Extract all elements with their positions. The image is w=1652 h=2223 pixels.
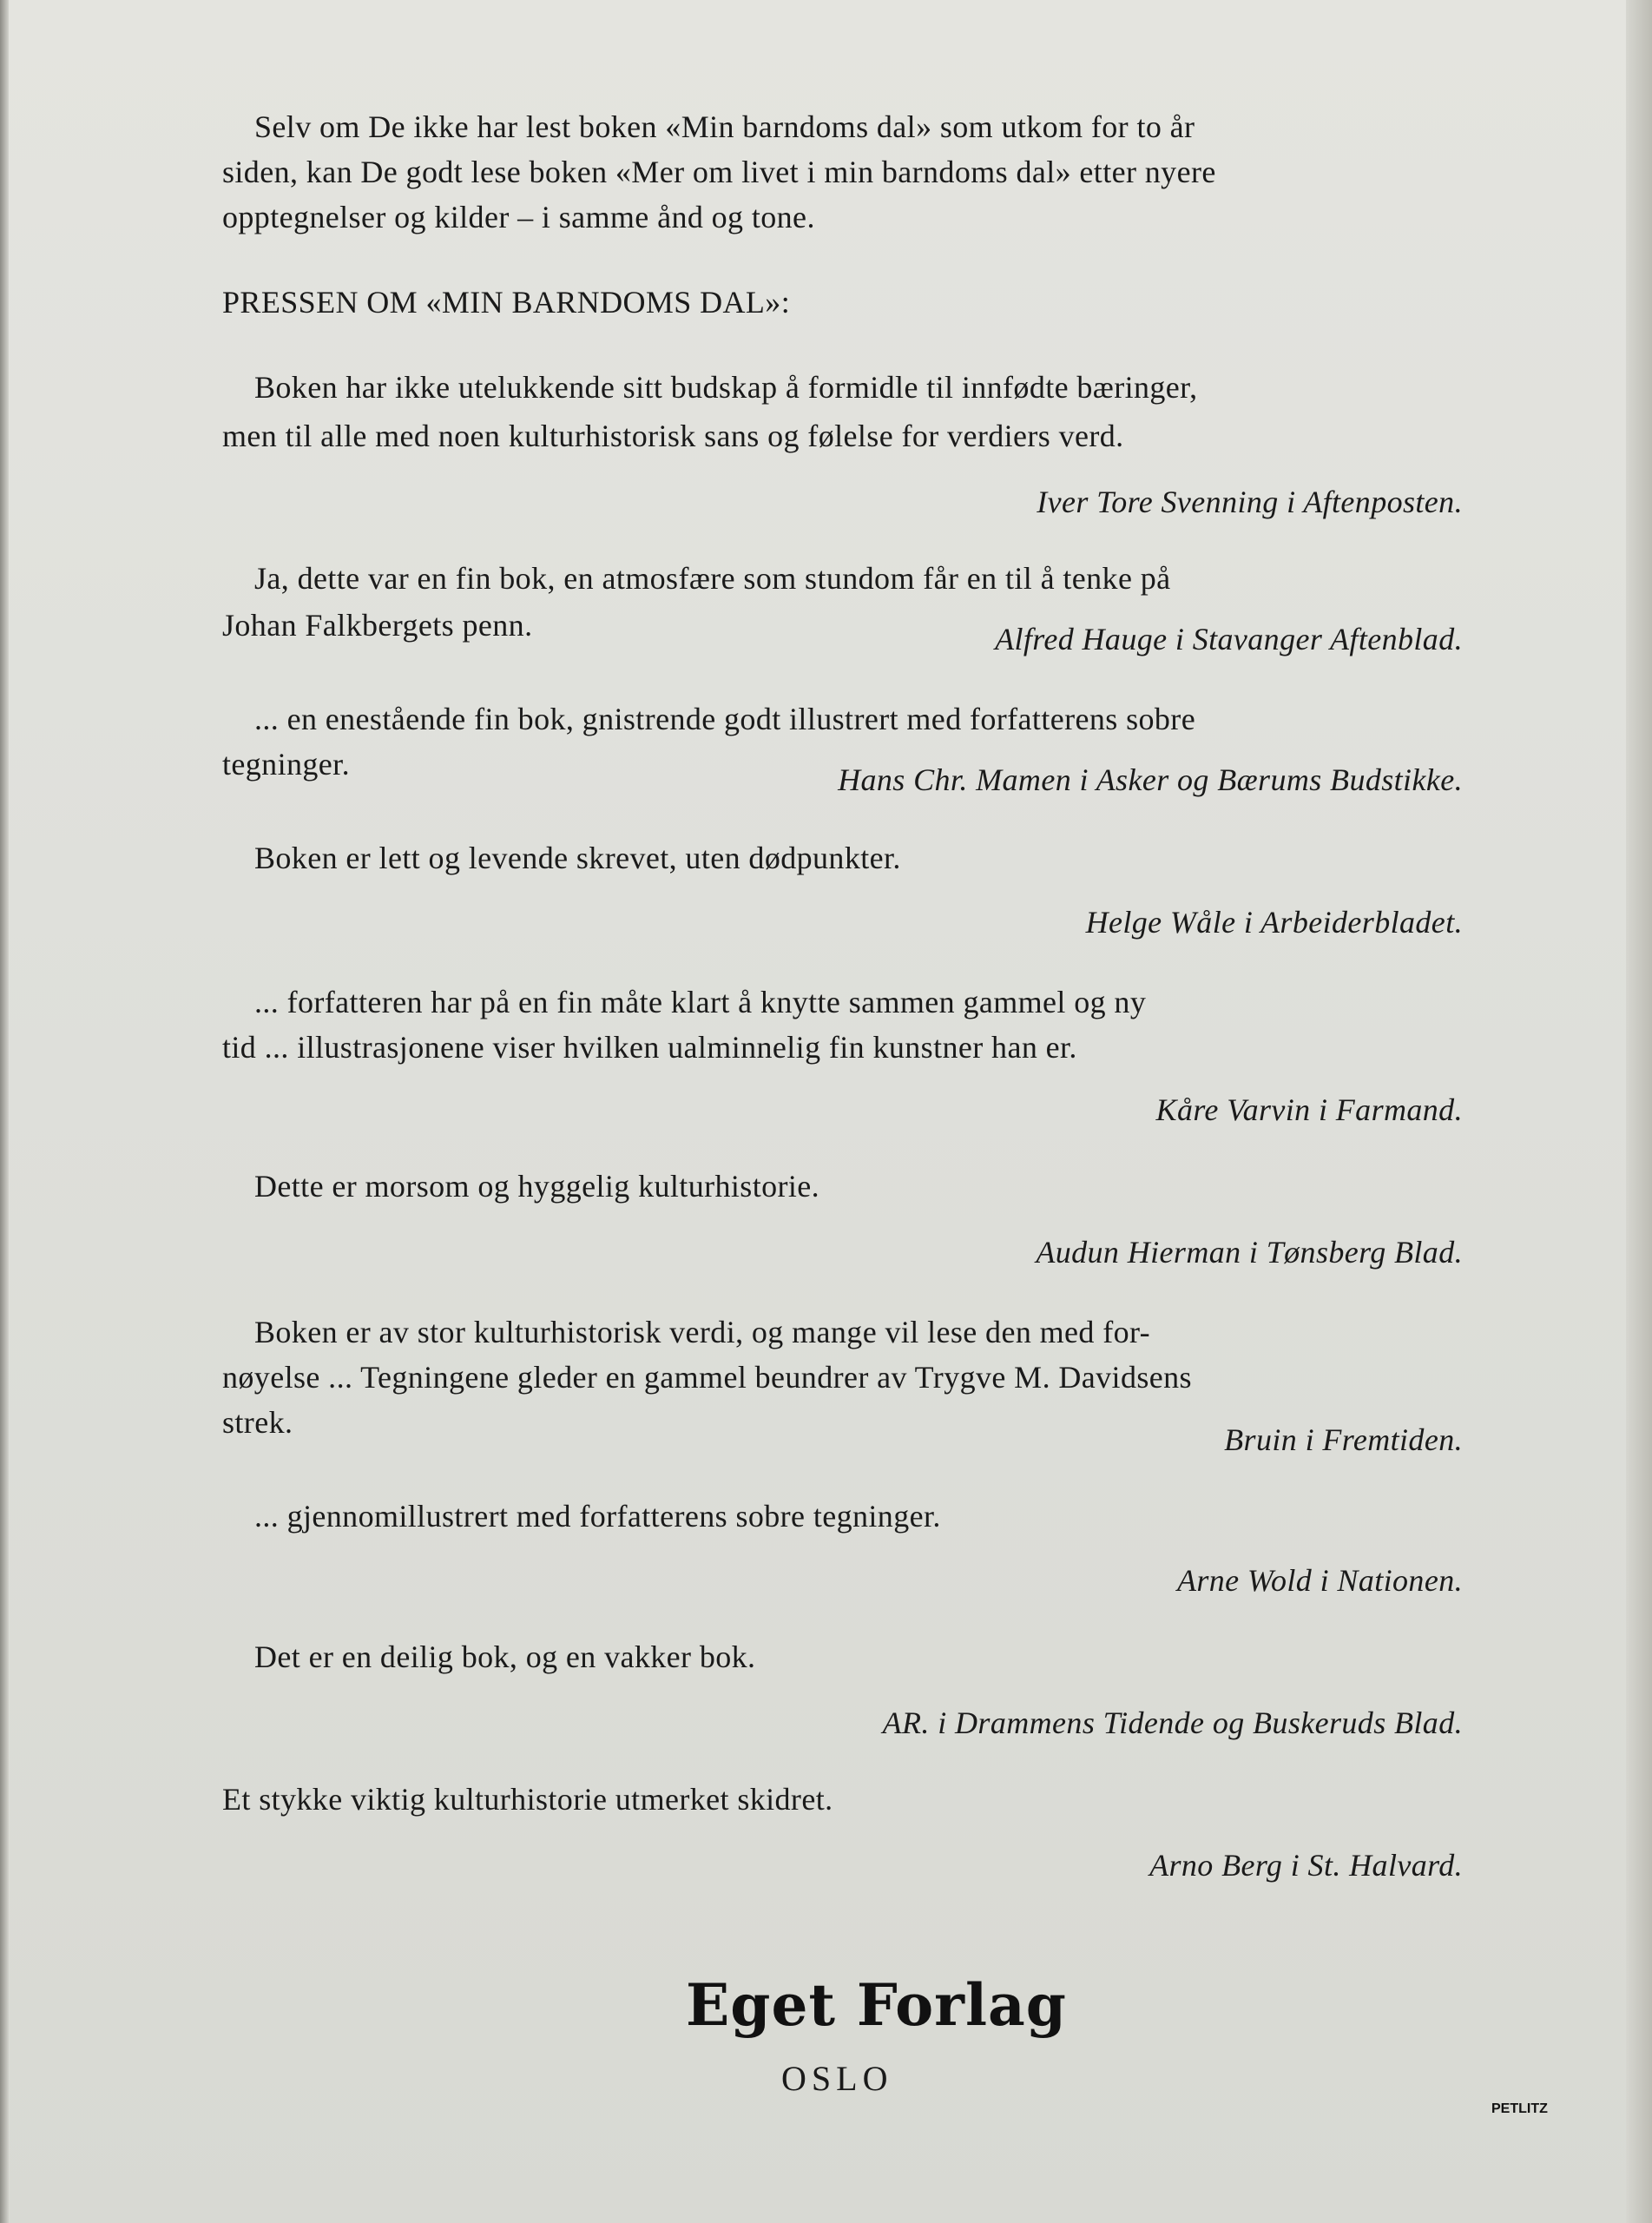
review-source: Kåre Varvin i Farmand. — [1156, 1087, 1463, 1132]
review-text: ... en enestående fin bok, gnistrende go… — [254, 696, 1195, 742]
review-text: Boken er lett og levende skrevet, uten d… — [254, 835, 901, 881]
review-text: Det er en deilig bok, og en vakker bok. — [254, 1634, 755, 1679]
cover-edge-right — [1626, 0, 1652, 2223]
review-text: strek. — [222, 1400, 293, 1445]
review-source: Alfred Hauge i Stavanger Aftenblad. — [995, 617, 1463, 662]
review-source: Iver Tore Svenning i Aftenposten. — [1037, 479, 1463, 524]
review-text: Boken er av stor kulturhistorisk verdi, … — [254, 1309, 1150, 1355]
intro-line: opptegnelser og kilder – i samme ånd og … — [222, 195, 815, 240]
review-text: tid ... illustrasjonene viser hvilken ua… — [222, 1025, 1077, 1070]
intro-line: siden, kan De godt lese boken «Mer om li… — [222, 149, 1216, 195]
review-text: Et stykke viktig kulturhistorie utmerket… — [222, 1777, 833, 1822]
review-text: ... gjennomillustrert med forfatterens s… — [254, 1494, 941, 1539]
review-source: Hans Chr. Mamen i Asker og Bærums Budsti… — [838, 757, 1463, 802]
review-text: Ja, dette var en fin bok, en atmosfære s… — [254, 556, 1171, 601]
review-source: Arno Berg i St. Halvard. — [1149, 1843, 1463, 1888]
review-source: Bruin i Fremtiden. — [1224, 1417, 1463, 1462]
review-text: Dette er morsom og hyggelig kulturhistor… — [254, 1164, 819, 1209]
intro-line: Selv om De ikke har lest boken «Min barn… — [254, 104, 1195, 149]
review-source: Helge Wåle i Arbeiderbladet. — [1086, 900, 1463, 945]
review-text: Johan Falkbergets penn. — [222, 603, 532, 648]
review-text: men til alle med noen kulturhistorisk sa… — [222, 413, 1124, 458]
review-text: Boken har ikke utelukkende sitt budskap … — [254, 365, 1198, 410]
book-back-cover: Selv om De ikke har lest boken «Min barn… — [0, 0, 1652, 2223]
press-heading: PRESSEN OM «MIN BARNDOMS DAL»: — [222, 280, 790, 325]
designer-credit: PETLITZ — [1491, 2101, 1548, 2117]
review-text: tegninger. — [222, 742, 350, 787]
review-source: AR. i Drammens Tidende og Buskeruds Blad… — [883, 1700, 1463, 1745]
review-source: Arne Wold i Nationen. — [1177, 1558, 1463, 1603]
review-text: ... forfatteren har på en fin måte klart… — [254, 980, 1146, 1025]
review-text: nøyelse ... Tegningene gleder en gammel … — [222, 1355, 1192, 1400]
publisher-city: OSLO — [781, 2058, 892, 2099]
review-source: Audun Hierman i Tønsberg Blad. — [1036, 1230, 1463, 1275]
publisher-logo: Eget Forlag — [686, 1971, 1067, 2039]
cover-edge-left — [0, 0, 9, 2223]
